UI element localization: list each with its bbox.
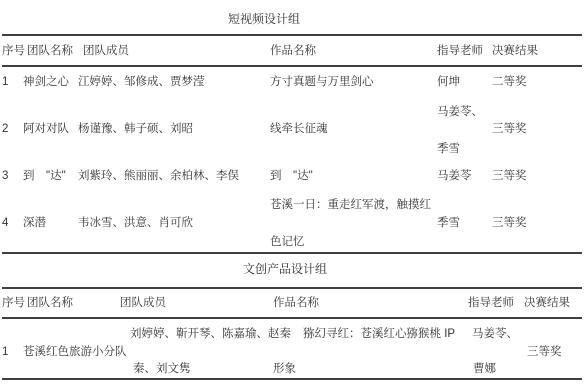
t2-r1-team: 苍溪红色旅游小分队 <box>23 344 127 360</box>
t2-header-advisor: 指导老师 <box>468 295 514 311</box>
t1-r2-members: 杨谨豫、韩子硕、刘昭 <box>78 121 193 137</box>
t1-r1-members: 江婷婷、邹修成、贾梦滢 <box>78 74 205 90</box>
t1-r1-work: 方寸真题与万里剑心 <box>270 74 374 90</box>
group2-title: 文创产品设计组 <box>243 261 327 277</box>
t1-r3-team: 到 "达" <box>23 168 66 184</box>
t1-r2-advisor-line1: 马姜苓、 <box>437 104 483 120</box>
t1-r3-result: 三等奖 <box>492 168 527 184</box>
table2-header-border <box>2 317 582 319</box>
table2-top-border <box>2 287 582 289</box>
t1-r3-work: 到 "达" <box>270 168 313 184</box>
t1-r4-team: 深潜 <box>23 215 46 231</box>
t1-header-advisor: 指导老师 <box>437 43 483 59</box>
table2-bottom-border <box>2 378 582 380</box>
t1-r1-seq: 1 <box>2 74 8 90</box>
t1-header-work: 作品名称 <box>270 43 316 59</box>
t1-r4-work-line2: 色记忆 <box>270 234 305 250</box>
t2-header-seq: 序号 <box>2 295 25 311</box>
t1-header-result: 决赛结果 <box>492 43 538 59</box>
t1-r1-advisor: 何坤 <box>437 74 460 90</box>
table1-top-border <box>2 34 582 36</box>
t1-r4-members: 韦冰雪、洪意、肖可欣 <box>78 215 193 231</box>
t1-r2-advisor-line2: 季雪 <box>437 141 460 157</box>
t1-r2-work: 线牵长征魂 <box>270 121 328 137</box>
t2-r1-work-line2: 形象 <box>273 361 296 377</box>
t1-r2-team: 阿对对队 <box>23 121 69 137</box>
group1-title: 短视频设计组 <box>228 11 300 27</box>
t1-header-seq: 序号 <box>2 43 25 59</box>
t1-r4-work-line1: 苍溪一日：重走红军渡，触摸红 <box>270 197 431 213</box>
t2-header-result: 决赛结果 <box>524 295 570 311</box>
t1-header-team: 团队名称 <box>27 43 73 59</box>
t2-header-team: 团队名称 <box>27 295 73 311</box>
t1-r2-seq: 2 <box>2 121 8 137</box>
t2-r1-advisor-line2: 曹娜 <box>473 361 496 377</box>
t1-r4-result: 三等奖 <box>492 215 527 231</box>
doc-page: 短视频设计组 序号 团队名称 团队成员 作品名称 指导老师 决赛结果 1 神剑之… <box>0 0 584 388</box>
t2-r1-members-line1: 刘婷婷、靳开琴、陈嘉瑜、赵秦 <box>130 326 291 342</box>
t1-r2-result: 三等奖 <box>492 121 527 137</box>
t1-r3-members: 刘紫玲、熊丽丽、余柏林、李俣 <box>78 168 239 184</box>
t2-header-members: 团队成员 <box>120 295 166 311</box>
t2-r1-result: 三等奖 <box>527 344 562 360</box>
t2-r1-advisor-line1: 马姜苓、 <box>472 326 518 342</box>
t2-r1-work-line1: 猕幻寻红：苍溪红心猕猴桃 IP <box>303 326 455 342</box>
t2-r1-seq: 1 <box>2 344 8 360</box>
t1-r1-result: 二等奖 <box>492 74 527 90</box>
t1-r1-team: 神剑之心 <box>23 74 69 90</box>
t1-r4-seq: 4 <box>2 215 8 231</box>
t2-header-work: 作品名称 <box>273 295 319 311</box>
table1-header-border <box>2 65 582 67</box>
t1-r3-seq: 3 <box>2 168 8 184</box>
t1-header-members: 团队成员 <box>83 43 129 59</box>
table1-bottom-border <box>2 252 582 254</box>
t2-r1-members-line2: 秦、刘文隽 <box>133 361 191 377</box>
t1-r3-advisor: 马姜苓 <box>437 168 472 184</box>
t1-r4-advisor: 季雪 <box>437 215 460 231</box>
